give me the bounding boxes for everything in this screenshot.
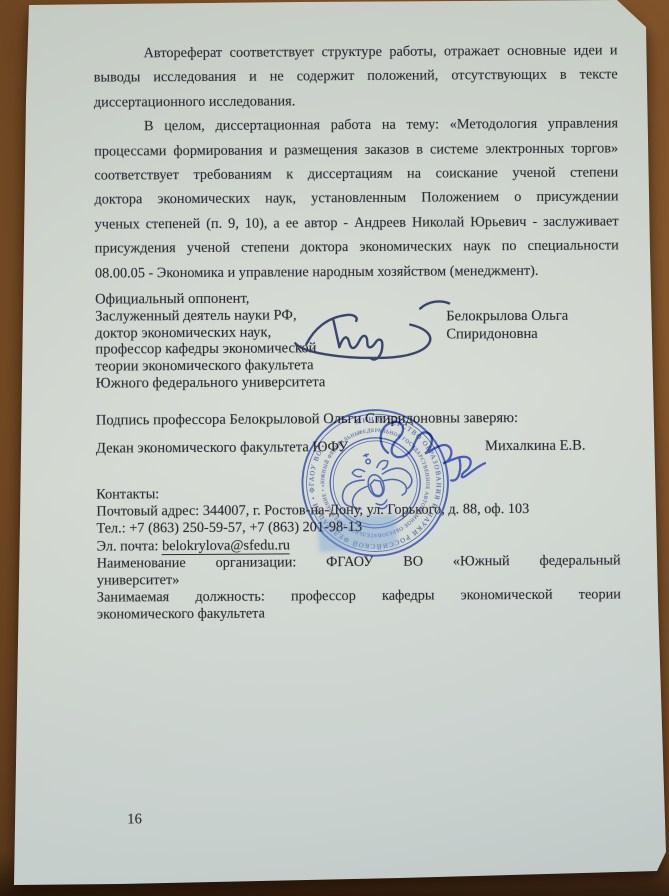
opponent-name-line: Спиридоновна bbox=[446, 325, 568, 343]
review-line: процессами формирования и размещения зак… bbox=[94, 136, 618, 164]
review-line: ученых степеней (п. 9, 10), а ее автор -… bbox=[95, 209, 619, 237]
opponent-line: теории экономического факультета bbox=[95, 357, 325, 375]
opponent-line: Официальный оппонент, bbox=[95, 290, 325, 308]
review-line: 08.00.05 - Экономика и управление народн… bbox=[95, 258, 619, 286]
opponent-line: доктор экономических наук, bbox=[95, 324, 325, 342]
page-number: 16 bbox=[127, 811, 142, 828]
review-line: выводы исследования и не содержит положе… bbox=[94, 63, 618, 91]
opponent-line: Заслуженный деятель науки РФ, bbox=[95, 307, 325, 325]
email-address: belokrylova@sfedu.ru bbox=[162, 537, 290, 555]
opponent-line: профессор кафедры экономической bbox=[95, 341, 325, 359]
email-label: Эл. почта: bbox=[97, 538, 163, 554]
opponent-name: Белокрылова Ольга Спиридоновна bbox=[446, 308, 568, 344]
review-line: присуждения ученой степени доктора эконо… bbox=[95, 234, 619, 262]
organization-line: Наименование организации: ФГАОУ ВО «Южны… bbox=[97, 552, 621, 572]
photo-of-document: Автореферат соответствует структуре рабо… bbox=[0, 0, 669, 896]
opponent-name-line: Белокрылова Ольга bbox=[446, 308, 568, 326]
dean-signature bbox=[372, 412, 500, 489]
position-line: экономического факультета bbox=[97, 604, 621, 624]
review-line: Автореферат соответствует структуре рабо… bbox=[94, 38, 618, 66]
document-content: Автореферат соответствует структуре рабо… bbox=[0, 0, 669, 896]
opponent-block: Официальный оппонент, Заслуженный деятел… bbox=[95, 290, 325, 392]
opponent-signature bbox=[292, 299, 460, 370]
contacts-block: Контакты: Почтовый адрес: 344007, г. Рос… bbox=[96, 483, 621, 624]
review-line: В целом, диссертационная работа на тему:… bbox=[94, 112, 618, 140]
review-text-block: Автореферат соответствует структуре рабо… bbox=[94, 38, 619, 285]
review-line: соответствует требованиям к диссертациям… bbox=[94, 160, 618, 188]
review-line: доктора экономических наук, установленны… bbox=[94, 185, 618, 213]
opponent-line: Южного федерального университета bbox=[96, 374, 326, 392]
review-line: диссертационного исследования. bbox=[94, 87, 618, 115]
